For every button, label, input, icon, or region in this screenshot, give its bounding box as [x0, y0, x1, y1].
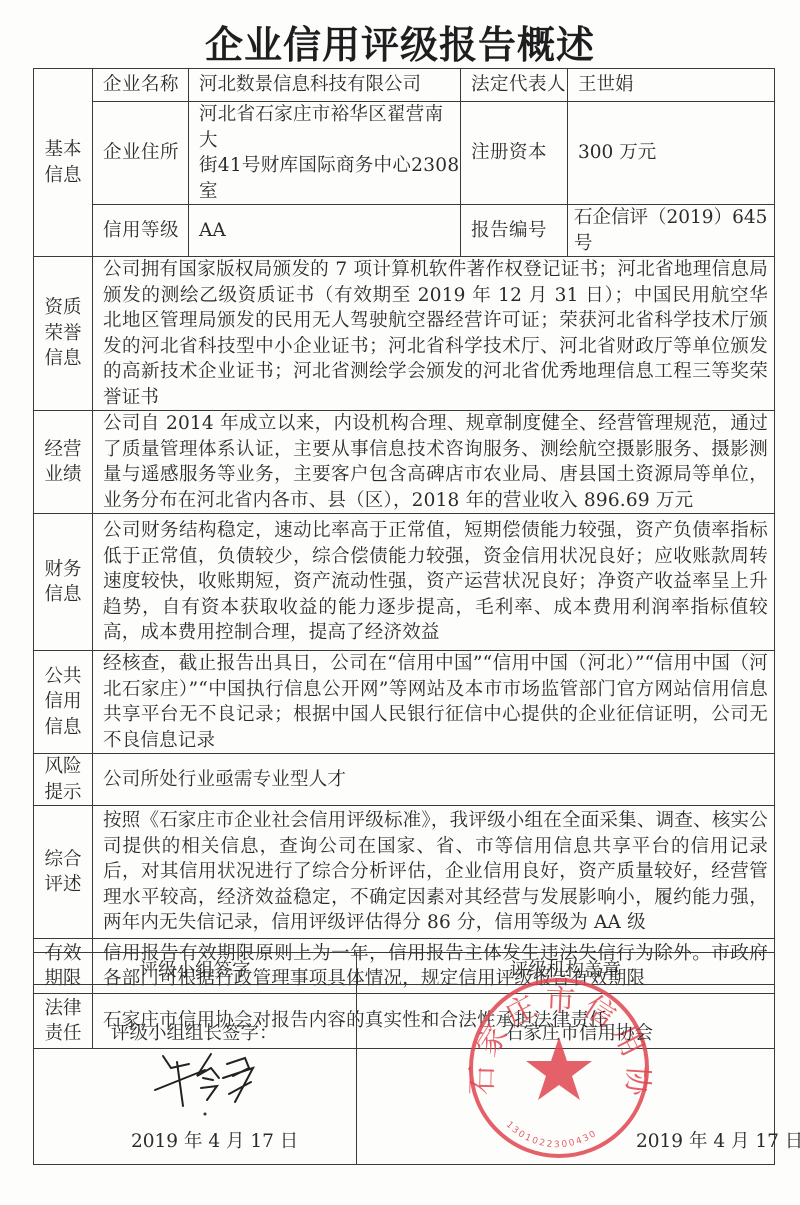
label-line: 经营 [34, 437, 92, 463]
team-signature-cell: 评级小组组长签字： 2019 年 4 月 17 日 [34, 985, 357, 1165]
financial-info-text: 公司财务结构稳定，速动比率高于正常值，短期偿债能力较强，资产负债率指标低于正常值… [93, 514, 775, 651]
public-credit-text: 经核查，截止报告出具日，公司在“信用中国”“信用中国（河北）”“信用中国（河北石… [93, 651, 775, 754]
label-line: 荣誉 [34, 321, 92, 347]
label-line: 基本 [34, 137, 92, 163]
row-risk: 风险 提示 公司所处行业亟需专业型人才 [34, 754, 775, 806]
section-label-risk: 风险 提示 [34, 754, 93, 806]
risk-text: 公司所处行业亟需专业型人才 [93, 754, 775, 806]
label-line: 信息 [34, 715, 92, 741]
label-line: 公共 [34, 664, 92, 690]
signature-table: 评级小组签字 评级机构盖章 评级小组组长签字： [33, 952, 775, 1165]
row-company-name: 基本 信息 企业名称 河北数景信息科技有限公司 法定代表人 王世娟 [34, 69, 775, 102]
summary-text: 按照《石家庄市企业社会信用评级标准》，我评级小组在全面采集、调查、核实公司提供的… [93, 806, 775, 939]
section-label-qualifications: 资质 荣誉 信息 [34, 257, 93, 411]
credit-grade-value: AA [189, 205, 461, 257]
row-business-performance: 经营 业绩 公司自 2014 年成立以来，内设机构合理、规章制度健全、经营管理规… [34, 411, 775, 514]
label-line: 综合 [34, 847, 92, 873]
section-label-financial: 财务 信息 [34, 514, 93, 651]
registered-capital-value: 300 万元 [568, 102, 775, 205]
org-name: 石家庄市信用协会 [505, 1019, 653, 1045]
section-label-summary: 综合 评述 [34, 806, 93, 939]
address-line: 河北省石家庄市裕华区翟营南大 [199, 102, 460, 153]
team-sign-date: 2019 年 4 月 17 日 [131, 1127, 298, 1153]
report-table: 基本 信息 企业名称 河北数景信息科技有限公司 法定代表人 王世娟 企业住所 河… [33, 68, 775, 1049]
row-public-credit: 公共 信用 信息 经核查，截止报告出具日，公司在“信用中国”“信用中国（河北）”… [34, 651, 775, 754]
section-label-public-credit: 公共 信用 信息 [34, 651, 93, 754]
registered-capital-label: 注册资本 [461, 102, 568, 205]
row-qualifications: 资质 荣誉 信息 公司拥有国家版权局颁发的 7 项计算机软件著作权登记证书；河北… [34, 257, 775, 411]
company-name-label: 企业名称 [93, 69, 189, 102]
label-line: 信息 [34, 582, 92, 608]
report-no-value: 石企信评（2019）645 号 [568, 205, 775, 257]
credit-grade-label: 信用等级 [93, 205, 189, 257]
qualifications-text: 公司拥有国家版权局颁发的 7 项计算机软件著作权登记证书；河北省地理信息局颁发的… [93, 257, 775, 411]
row-credit-grade: 信用等级 AA 报告编号 石企信评（2019）645 号 [34, 205, 775, 257]
row-summary: 综合 评述 按照《石家庄市企业社会信用评级标准》，我评级小组在全面采集、调查、核… [34, 806, 775, 939]
label-line: 信用 [34, 689, 92, 715]
label-line: 财务 [34, 557, 92, 583]
row-address: 企业住所 河北省石家庄市裕华区翟营南大 街41号财库国际商务中心2308室 注册… [34, 102, 775, 205]
rating-team-signature-header: 评级小组签字 [34, 953, 357, 985]
label-line: 资质 [34, 295, 92, 321]
org-seal-date: 2019 年 4 月 17 日 [636, 1127, 800, 1153]
address-value: 河北省石家庄市裕华区翟营南大 街41号财库国际商务中心2308室 [189, 102, 461, 205]
official-seal-icon: 石家庄市信用协会 1301022300430 [466, 975, 652, 1161]
business-performance-text: 公司自 2014 年成立以来，内设机构合理、规章制度健全、经营管理规范，通过了质… [93, 411, 775, 514]
label-line: 信息 [34, 163, 92, 189]
label-line: 提示 [34, 780, 92, 806]
handwritten-signature-icon [153, 1048, 273, 1118]
company-name-value: 河北数景信息科技有限公司 [189, 69, 461, 102]
label-line: 业绩 [34, 462, 92, 488]
seal-star-icon [526, 1037, 592, 1100]
report-no-label: 报告编号 [461, 205, 568, 257]
address-label: 企业住所 [93, 102, 189, 205]
address-line: 街41号财库国际商务中心2308室 [199, 153, 460, 204]
label-line: 信息 [34, 346, 92, 372]
leader-sign-label: 评级小组组长签字： [111, 1019, 278, 1045]
label-line: 评述 [34, 872, 92, 898]
section-label-basic: 基本 信息 [34, 69, 93, 257]
legal-rep-value: 王世娟 [568, 69, 775, 102]
row-financial-info: 财务 信息 公司财务结构稳定，速动比率高于正常值，短期偿债能力较强，资产负债率指… [34, 514, 775, 651]
label-line: 风险 [34, 754, 92, 780]
section-label-business: 经营 业绩 [34, 411, 93, 514]
legal-rep-label: 法定代表人 [461, 69, 568, 102]
document-title: 企业信用评级报告概述 [0, 14, 800, 69]
